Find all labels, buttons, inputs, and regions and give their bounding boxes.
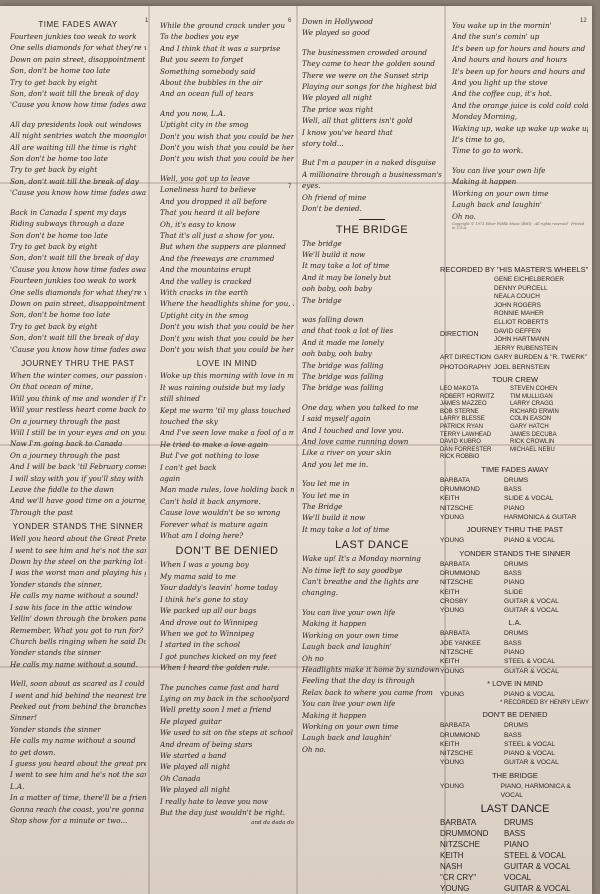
lyric-line: One sells diamonds for what they're wort… [10,287,146,298]
lyric-line: Where the headlights shine for you, L.A. [160,298,294,309]
lyric-line: Laugh back and laughin' [452,199,588,210]
credit-name: Neala Couch [494,293,590,302]
lyric-line: We started a band [160,750,294,761]
lyric-line: Loneliness hard to believe [160,184,294,195]
musician-name: Drummond [440,569,504,578]
lyric-line: It may take a lot of time [302,524,442,535]
lyric-line: Working on your own time [452,188,588,199]
lyric-line: Can't breathe and the lights are [302,576,442,587]
lyric-line: But when the suppers are planned [160,241,294,252]
instrument: Steel & Vocal [504,740,555,749]
lyric-line: Back in Canada I spent my days [10,207,146,218]
lyric-line: Uptight city in the smog [160,310,294,321]
credit-name: John Rogers [494,302,590,311]
lyric-line: I started in the school [160,639,294,650]
lyric-line: I will stay with you if you'll stay with… [10,473,146,484]
musician-row: DrummondBass [440,731,590,740]
lyric-line: We played all night [160,761,294,772]
musician-row: KeithSteel & Vocal [440,657,590,666]
musician-row: NitzschePiano [440,839,590,850]
song-title: Last Dance [302,539,442,551]
song-lyrics: The bridgeWe'll build it nowIt may take … [302,238,442,536]
musician-name: Keith [440,588,504,597]
lyric-line: Oh, it's easy to know [160,219,294,230]
lyric-line: And the orange juice is cold cold cold [452,100,588,111]
crew-name: Richard Erwin [510,409,559,417]
lyric-line: When I was a young boy [160,559,294,570]
song-lyrics: When I was a young boyMy mama said to me… [160,559,294,818]
lyric-line: I know you've heard that [302,127,442,138]
lyric-line: You wake up in the mornin' [452,20,588,31]
musician-row: DrummondBass [440,828,590,839]
stanza-break [10,199,146,207]
lyric-line: The bridge was falling [302,360,442,371]
credit-name: Gene Eichelberger [494,276,590,285]
lyric-line: Something somebody said [160,66,294,77]
lyric-line: Oh Canada [160,773,294,784]
instrument: Guitar & Vocal [504,606,559,615]
instrument: Steel & Vocal [504,657,555,666]
tour-crew-heading: Tour Crew [440,375,590,384]
lyric-line: But you seem to forget [160,54,294,65]
crew-row: Robert HorwitzTim Mulligan [440,394,590,402]
musician-row: YoungGuitar & Vocal [440,883,590,894]
song-credit-title: * Love in Mind [440,679,590,688]
lyric-line: Try to get back by eight [10,77,146,88]
stanza-break [160,674,294,682]
copyright-fine-print: Copyright © 1973 Silver Fiddle Music (BM… [452,222,588,231]
crew-name: Terry Lawhead [440,432,510,440]
lyric-line: Down by the steel on the parking lot can… [10,556,146,567]
stanza-break [10,111,146,119]
lyric-line: Well, all that glitters isn't gold [302,115,442,126]
musician-name: Young [440,513,504,522]
crew-name: Patrick Ryan [440,424,510,432]
lyric-line: You can live your own life [302,698,442,709]
photography-label: Photography [440,363,494,372]
instrument: Drums [504,817,533,828]
instrument: Piano, Harmonica & Vocal [501,782,590,801]
lyric-line: Peeked out from behind the branches [10,701,146,712]
lyric-line: Stop show for a minute or two... [10,815,146,826]
stanza-break [452,157,588,165]
lyric-line: Monday Morning, [452,111,588,122]
song-credit-title: Journey Thru the Past [440,525,590,534]
song-lyrics: Fourteen junkies too weak to workOne sel… [10,31,146,355]
lyric-line: The bridge [302,295,442,306]
lyric-line: And it may be lonely but [302,272,442,283]
lyric-line: The bridge was falling [302,371,442,382]
song-lyrics: When the winter comes, our passion diesO… [10,370,146,518]
song-credit-title: Yonder Stands the Sinner [440,549,590,558]
musician-row: NashGuitar & Vocal [440,861,590,872]
lyric-line: And I will be back 'til February comes [10,461,146,472]
crew-name: Rick Crowlin [510,439,554,447]
credit-name: Denny Purcell [494,285,590,294]
lyric-line: One sells diamonds for what they're wort… [10,42,146,53]
lyric-line: Son don't be home too late [10,153,146,164]
lyric-line: L.A. [10,781,146,792]
lyric-line: Now I'm going back to Canada [10,438,146,449]
song-lyrics: Wake up! It's a Monday morningNo time le… [302,553,442,755]
musician-row: NitzschePiano & Vocal [440,749,590,758]
song-lyrics: Well you heard about the Great Pretender… [10,533,146,826]
musician-name: Keith [440,850,504,861]
lyric-line: Down on pain street, disappointment lurk… [10,54,146,65]
lyric-line: And you now, L.A. [160,108,294,119]
musician-name: Nitzsche [440,648,504,657]
lyric-line: Time to go to work. [452,145,588,156]
lyric-line: story told... [302,138,442,149]
musician-name: Nitzsche [440,504,504,513]
musician-name: "Cr Cry" [440,872,504,883]
crew-name: Dan Forrester [440,447,510,455]
song-credit-title: Last Dance [440,803,590,815]
instrument: Bass [504,569,522,578]
lyric-line: ooh baby, ooh baby [302,348,442,359]
musician-row: BarbataDrums [440,721,590,730]
lyric-line: He calls my name without a sound [10,735,146,746]
musician-row: BarbataDrums [440,476,590,485]
musician-row: KeithSlide [440,588,590,597]
lyric-line: I can't get back [160,462,294,473]
musician-row: KeithSteel & Vocal [440,850,590,861]
crew-name: Steven Cohen [510,386,557,394]
lyric-line: But I'm a pauper in a naked disguise [302,157,442,168]
lyric-line: When the winter comes, our passion dies [10,370,146,381]
crew-row: Leo MakotaSteven Cohen [440,386,590,394]
lyric-line: Laugh back and laughin' [302,732,442,743]
song-title: Don't Be Denied [160,545,294,557]
lyric-line: Playing our songs for the highest bid [302,81,442,92]
lyric-line: 'Cause you know how time fades away [10,99,146,110]
lyric-line: Gonna reach the coast, you're gonna see … [10,804,146,815]
musician-row: YoungHarmonica & Guitar [440,513,590,522]
musician-name: Nitzsche [440,839,504,850]
lyric-line: Forever what is mature again [160,519,294,530]
fold-line [148,6,150,894]
crew-name: David Kubro [440,439,510,447]
lyric-line: Church bells ringing when he said Don't … [10,636,146,647]
lyric-line: Don't you wish that you could be here to… [160,321,294,332]
crew-row: David KubroRick Crowlin [440,439,590,447]
crew-row: Dan ForresterMichael Nebu [440,447,590,455]
musician-name: Young [440,606,504,615]
lyric-line: Can't hold it back anymore. [160,496,294,507]
lyric-line: Well, soon about as scared as I could be [10,678,146,689]
lyric-line: Try to get back by eight [10,241,146,252]
stanza-break [302,149,442,157]
photography-value: Joel Bernstein [494,363,550,372]
lyric-line: Cause love wouldn't be so wrong [160,507,294,518]
lyric-line: Yellin' down through the broken pane [10,613,146,624]
instrument: Piano & Vocal [504,749,555,758]
lyric-line: And you let me in. [302,459,442,470]
lyric-line: Yonder stands the sinner [10,647,146,658]
instrument: Bass [504,639,522,648]
direction-label: Direction [440,319,494,353]
lyric-line: Yonder stands the sinner, [10,579,146,590]
instrument: Piano [504,578,525,587]
musician-name: Crosby [440,597,504,606]
musician-name: Keith [440,657,504,666]
lyric-line: The bridge [302,238,442,249]
lyric-line: Oh friend of mine [302,192,442,203]
lyric-line: Laugh back and laughin' [302,641,442,652]
lyric-line: You can live your own life [452,165,588,176]
instrument: Slide [504,588,523,597]
instrument: Slide & Vocal [504,494,553,503]
lyric-line: I said myself again [302,413,442,424]
instrument: Drums [504,721,528,730]
recorded-by-heading: Recorded by "His Master's Wheels" [440,265,590,274]
instrument: Bass [504,828,525,839]
lyric-line: And you light up the stove [452,77,588,88]
song-title: Yonder Stands the Sinner [10,522,146,531]
musician-name: Drummond [440,828,504,839]
lyric-line: No time left to say goodbye [302,565,442,576]
musician-name: Young [440,758,504,767]
crew-name: Bob Sterne [440,409,510,417]
lyric-line: All are waiting till the time is right [10,142,146,153]
musician-row: BarbataDrums [440,817,590,828]
crew-name: Larry Blesse [440,416,510,424]
instrument: Piano [504,504,525,513]
direction-names: Elliot RobertsDavid GeffenJohn HartmannJ… [494,319,558,353]
musician-row: YoungPiano, Harmonica & Vocal [440,782,590,801]
musician-row: YoungPiano & Vocal [440,536,590,545]
stanza-break [160,100,294,108]
lyric-line: ooh baby, ooh baby [302,283,442,294]
recorded-by-names: Gene EichelbergerDenny PurcellNeala Couc… [440,276,590,319]
musician-name: Barbata [440,721,504,730]
musician-name: Nash [440,861,504,872]
crew-name: Gary Hatch [510,424,549,432]
musician-name: Young [440,883,504,894]
lyric-line: Woke up this morning with love in mind [160,370,294,381]
lyric-line: He calls my name without a sound. [10,659,146,670]
lyric-line: Down in Hollywood [302,16,442,27]
lyric-line: Son, don't be home too late [10,309,146,320]
lyric-line: I guess you heard about the great preten… [10,758,146,769]
crew-name: Robert Horwitz [440,394,510,402]
lyric-line: The Bridge [302,501,442,512]
instrument: Vocal [504,872,531,883]
lyric-line: Yonder stands the sinner [10,724,146,735]
instrument: Drums [504,476,528,485]
musician-name: Young [440,667,504,676]
fold-line [296,6,298,894]
crew-row: Larry BlesseColin Eason [440,416,590,424]
lyric-line: And dream of being stars [160,739,294,750]
lyric-line: 'Cause you know how time fades away [10,187,146,198]
crew-name: Tim Mulligan [510,394,553,402]
lyric-line: And the freeways are crammed [160,253,294,264]
instrument: Guitar & Vocal [504,883,571,894]
lyric-line: Relax back to where you came from [302,687,442,698]
song-credit-title: Don't Be Denied [440,710,590,719]
lyric-line: And love came running down [302,436,442,447]
musician-name: Barbata [440,817,504,828]
photography-row: Photography Joel Bernstein [440,363,590,372]
lyric-line: And I touched and love you. [302,425,442,436]
lyric-line: Don't be denied. [302,203,442,214]
credit-name: John Hartmann [494,336,558,345]
lyric-line: Making it happen [302,710,442,721]
lyric-line: In a matter of time, there'll be a frien… [10,792,146,803]
lyric-line: We played so good [302,27,442,38]
credit-name: David Geffen [494,328,558,337]
lyric-line: Lying on my back in the schoolyard [160,693,294,704]
direction-block: Direction Elliot RobertsDavid GeffenJohn… [440,319,590,353]
lyric-line: A millionaire through a businessman's [302,169,442,180]
lyric-line: I went and hid behind the nearest tree [10,690,146,701]
lyric-line: We'll build it now [302,512,442,523]
lyric-line: All day presidents look out windows [10,119,146,130]
instrument: Bass [504,731,522,740]
musician-name: Barbata [440,629,504,638]
instrument: Guitar & Vocal [504,758,559,767]
crew-row: Bob SterneRichard Erwin [440,409,590,417]
lyric-line: That you heard it all before [160,207,294,218]
instrument: Piano [504,648,525,657]
musician-row: BarbataDrums [440,560,590,569]
art-direction-label: Art Direction [440,353,494,362]
song-credits: Time Fades AwayBarbataDrumsDrummondBassK… [440,465,590,894]
lyric-line: Man made rules, love holding back my lov… [160,484,294,495]
lyric-line: Fourteen junkies too weak to work [10,275,146,286]
instrument: Steel & Vocal [504,850,566,861]
lyric-line: changing. [302,587,442,598]
lyric-line: But the day just wouldn't be right. [160,807,294,818]
lyric-line: We'll build it now [302,249,442,260]
song-lyrics: While the ground crack under youTo the b… [160,20,294,355]
lyric-line: It's time to go, [452,134,588,145]
lyric-line: Son don't be home too late [10,230,146,241]
song-credit-title: The Bridge [440,771,590,780]
musician-row: Joe YankeeBass [440,639,590,648]
lyric-line: But I've got nothing to lose [160,450,294,461]
lyric-line: Will you think of me and wonder if I'm f… [10,393,146,404]
lyric-line: We used to sit on the steps at school [160,727,294,738]
lyric-line: Wake up! It's a Monday morning [302,553,442,564]
instrument: Drums [504,629,528,638]
musician-row: YoungGuitar & Vocal [440,667,590,676]
lyric-line: Like a river on your skin [302,447,442,458]
lyrics-column-2: While the ground crack under youTo the b… [160,20,294,830]
lyric-line: You let me in [302,490,442,501]
instrument: Piano & Vocal [504,690,555,699]
lyric-line: And drove out to Winnipeg [160,617,294,628]
lyric-line: Through the past [10,507,146,518]
lyric-line: The businessmen crowded around [302,47,442,58]
musician-name: Nitzsche [440,578,504,587]
lyric-line: Making it happen [452,176,588,187]
lyric-line: 'Cause you know how time fades away [10,264,146,275]
lyric-line: and that took a lot of lies [302,325,442,336]
lyric-line: Oh no [302,653,442,664]
lyric-line: You let me in [302,478,442,489]
musician-name: Young [440,782,501,801]
lyric-line: He calls my name without a sound! [10,590,146,601]
lyric-line: The bridge was falling [302,382,442,393]
lyric-line: Son, don't be home too late [10,65,146,76]
musician-row: DrummondBass [440,569,590,578]
musician-row: NitzschePiano [440,504,590,513]
song-credit-title: L.A. [440,618,590,627]
lyric-line: On that ocean of mine, [10,381,146,392]
song-lyrics: You wake up in the mornin'And the sun's … [452,20,588,222]
lyric-line: Oh no. [302,744,442,755]
lyric-line: Don't you wish that you could be here to… [160,142,294,153]
instrument: Piano [504,839,529,850]
lyric-line: And it made me lonely [302,337,442,348]
lyrics-sheet: 1 6 7 12 Time Fades Away Fourteen junkie… [0,6,592,894]
musician-name: Drummond [440,485,504,494]
stanza-break [10,670,146,678]
lyric-line: We played all night [302,92,442,103]
lyric-line: Sinner! [10,712,146,723]
lyric-line: What am I doing here? [160,530,294,541]
lyric-line: Working on your own time [302,721,442,732]
musician-name: Barbata [440,560,504,569]
lyrics-column-1: Time Fades Away Fourteen junkies too wea… [10,16,146,826]
lyric-line: Don't you wish that you could be here to… [160,333,294,344]
lyric-line: Waking up, wake up wake up wake up [452,123,588,134]
crew-name: Michael Nebu [510,447,555,455]
lyric-line: We packed up all our bags [160,605,294,616]
lyric-line: Well, you got up to leave [160,173,294,184]
lyric-line: And the mountains erupt [160,264,294,275]
crew-row: Terry LawheadJames Decuba [440,432,590,440]
lyric-line: My mama said to me [160,571,294,582]
credits-section: Recorded by "His Master's Wheels" Gene E… [440,262,590,894]
lyric-line: You can live your own life [302,607,442,618]
lyric-line: One day, when you talked to me [302,402,442,413]
credit-name: Jerry Rubenstein [494,345,558,354]
lyric-line: Making it happen [302,618,442,629]
song-title: Journey Thru the Past [10,359,146,368]
crew-name: Rick Robbio [440,454,510,462]
musician-name: Nitzsche [440,749,504,758]
lyric-line: The punches came fast and hard [160,682,294,693]
musician-row: KeithSlide & Vocal [440,494,590,503]
musician-row: NitzschePiano [440,648,590,657]
stanza-break [302,599,442,607]
lyric-line: He tried to make a love again [160,439,294,450]
lyric-line: On a journey through the past [10,416,146,427]
musician-row: NitzschePiano [440,578,590,587]
lyric-line: Feeling that the day is through [302,675,442,686]
tour-crew-list: Leo MakotaSteven CohenRobert HorwitzTim … [440,386,590,462]
musician-row: KeithSteel & Vocal [440,740,590,749]
lyric-line: I went to see him and he's not the same [10,545,146,556]
song-title: Love in Mind [160,359,294,368]
lyric-line: Your daddy's leavin' home today [160,582,294,593]
lyric-line: Son, don't wait till the break of day [10,88,146,99]
lyric-line: Try to get back by eight [10,321,146,332]
musician-row: YoungPiano & Vocal [440,690,590,699]
song-title: Time Fades Away [10,20,146,29]
lyric-line: touched the sky [160,416,294,427]
lyric-line: We played all night [160,784,294,795]
lyric-line: Don't you wish that you could be here to… [160,131,294,142]
stanza-break [302,39,442,47]
lyric-line: While the ground crack under you [160,20,294,31]
musician-name: Young [440,536,504,545]
lyric-line: 'Cause you know how time fades away [10,344,146,355]
instrument: Bass [504,485,522,494]
